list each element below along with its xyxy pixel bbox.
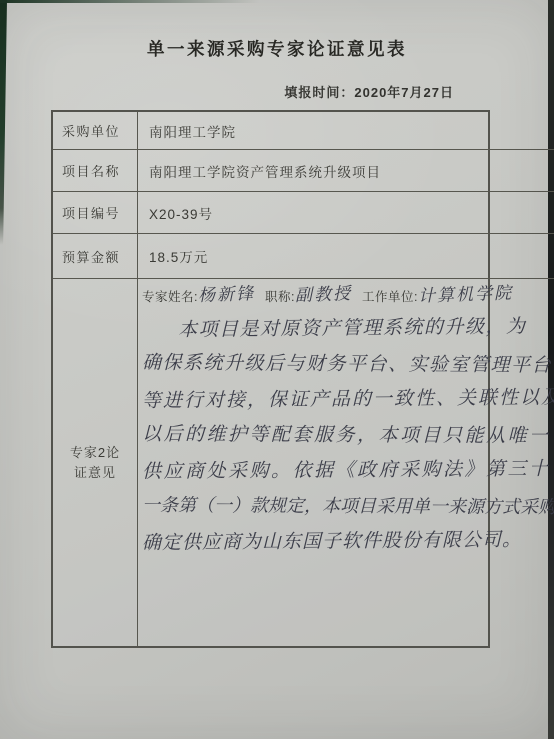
row-value-purchasing-unit: 南阳理工学院: [138, 112, 554, 150]
handwritten-line: 等进行对接，保证产品的一致性、关联性以及: [142, 380, 554, 419]
row-label-budget-amount: 预算金额: [53, 234, 138, 279]
form-table: 采购单位 南阳理工学院 项目名称 南阳理工学院资产管理系统升级项目 项目编号 X…: [51, 110, 490, 648]
expert-title-label: 职称:: [265, 287, 295, 305]
handwritten-line: 一条第（一）款规定，本项目采用单一来源方式采购，: [142, 487, 554, 525]
scanned-form-photo: 单一来源采购专家论证意见表 填报时间：2020年7月27日 采购单位 南阳理工学…: [0, 0, 554, 739]
expert-work-unit-label: 工作单位:: [362, 287, 418, 305]
row-label-project-name: 项目名称: [53, 150, 138, 192]
handwritten-line: 确定供应商为山东国子软件股份有限公司。: [142, 522, 554, 561]
handwritten-line: 本项目是对原资产管理系统的升级，为: [142, 309, 554, 349]
handwritten-line: 供应商处采购。依据《政府采购法》第三十: [142, 451, 554, 490]
handwritten-line: 确保系统升级后与财务平台、实验室管理平台: [142, 345, 554, 384]
expert2-opinion-cell: 专家姓名: 杨新锋 职称: 副教授 工作单位: 计算机学院 本项目是对原资产管理…: [138, 279, 554, 646]
row-value-project-name: 南阳理工学院资产管理系统升级项目: [138, 150, 554, 192]
report-date: 填报时间：2020年7月27日: [284, 82, 454, 101]
row-value-project-number: X20-39号: [138, 192, 554, 234]
expert-work-unit-handwritten: 计算机学院: [418, 278, 514, 306]
form-title: 单一来源采购专家论证意见表: [0, 36, 554, 61]
row-label-expert2-opinion: 专家2论证意见: [53, 279, 138, 646]
expert-info-line: 专家姓名: 杨新锋 职称: 副教授 工作单位: 计算机学院: [138, 279, 554, 303]
expert-name-label: 专家姓名:: [142, 287, 198, 305]
photo-background-edge-top: [0, 0, 260, 3]
handwritten-opinion-paragraph: 本项目是对原资产管理系统的升级，为 确保系统升级后与财务平台、实验室管理平台 等…: [138, 303, 554, 560]
row-value-budget-amount: 18.5万元: [138, 234, 554, 279]
expert-name-handwritten: 杨新锋: [198, 279, 256, 306]
handwritten-line: 以后的维护等配套服务，本项目只能从唯一: [142, 416, 554, 454]
expert-title-handwritten: 副教授: [295, 279, 353, 306]
row-label-project-number: 项目编号: [53, 192, 138, 234]
row-label-purchasing-unit: 采购单位: [53, 112, 138, 150]
